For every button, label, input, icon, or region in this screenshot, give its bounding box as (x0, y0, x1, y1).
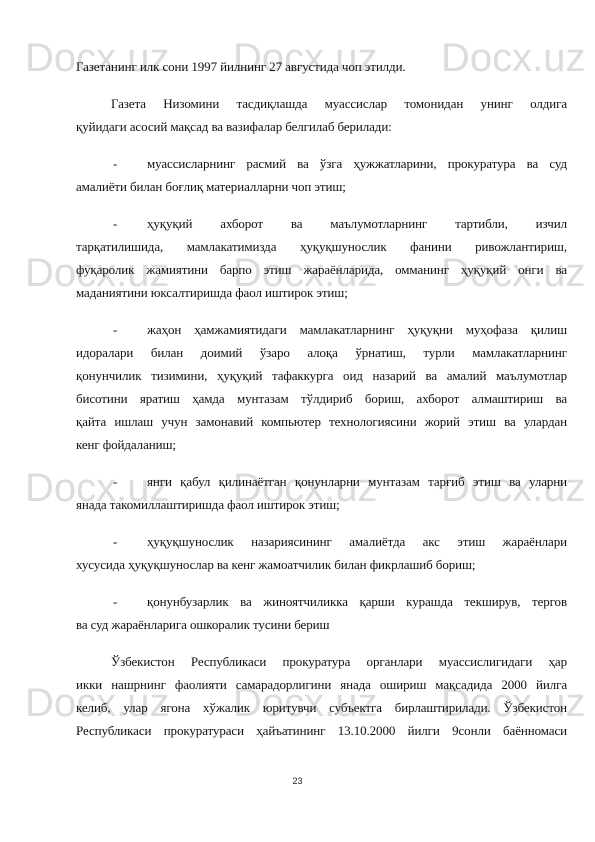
list-item-line: маданиятини юксалтиришда фаол иштирок эт… (76, 284, 567, 302)
list-item-line: янги қабул қилинаётган қонунларни мунтаз… (147, 473, 567, 491)
list-item-line: ҳуқуқий ахборот ва маълумотларнинг тарти… (147, 215, 567, 233)
document-page: Docx.uzDocx.uzDocx.uzDocx.uzDocx.uzDocx.… (0, 0, 595, 842)
list-item-line: қонунбузарлик ва жиноятчиликка қарши кур… (147, 593, 567, 611)
bullet-marker: - (113, 215, 117, 233)
paragraph-line: Газета Низомини тасдиқлашда муассислар т… (111, 95, 567, 113)
list-item-line: фуқаролик жамиятини барпо этиш жараёнлар… (76, 261, 567, 279)
bullet-marker: - (113, 155, 117, 173)
bullet-marker: - (113, 533, 117, 551)
list-item-line: жаҳон ҳамжамиятидаги мамлакатларнинг ҳуқ… (147, 321, 567, 339)
list-item-line: янада такомиллаштиришда фаол иштирок эти… (76, 496, 567, 514)
paragraph-line: келиб, улар ягона хўжалик юритувчи субъе… (76, 699, 567, 717)
paragraph-line: Республикаси прокуратураси ҳайъатининг 1… (76, 722, 567, 740)
document-body: Газетанинг илк сони 1997 йилнинг 27 авгу… (0, 0, 595, 842)
paragraph-line: Газетанинг илк сони 1997 йилнинг 27 авгу… (76, 58, 567, 76)
list-item-line: қонунчилик тизимини, ҳуқуқий тафаккурга … (76, 367, 567, 385)
list-item-line: кенг фойдаланиш; (76, 436, 567, 454)
list-item-line: қайта ишлаш учун замонавий компьютер тех… (76, 413, 567, 431)
list-item-line: идоралари билан доимий ўзаро алоқа ўрнат… (76, 344, 567, 362)
list-item-line: ҳуқуқшунослик назариясининг амалиётда ак… (147, 533, 567, 551)
bullet-marker: - (113, 473, 117, 491)
paragraph-line: икки нашрнинг фаолияти самарадорлигини я… (76, 676, 567, 694)
list-item-line: хусусида ҳуқуқшунослар ва кенг жамоатчил… (76, 556, 567, 574)
paragraph-line: қуйидаги асосий мақсад ва вазифалар белг… (76, 118, 567, 136)
list-item-line: амалиёти билан боғлиқ материалларни чоп … (76, 178, 567, 196)
list-item-line: бисотини яратиш ҳамда мунтазам тўлдириб … (76, 390, 567, 408)
bullet-marker: - (113, 321, 117, 339)
bullet-marker: - (113, 593, 117, 611)
paragraph-line: Ўзбекистон Республикаси прокуратура орга… (111, 653, 567, 671)
list-item-line: ва суд жараёнларига ошкоралик тусини бер… (76, 616, 567, 634)
list-item-line: тарқатилишида, мамлакатимизда ҳуқуқшунос… (76, 238, 567, 256)
list-item-line: муассисларнинг расмий ва ўзга ҳужжатлари… (147, 155, 567, 173)
